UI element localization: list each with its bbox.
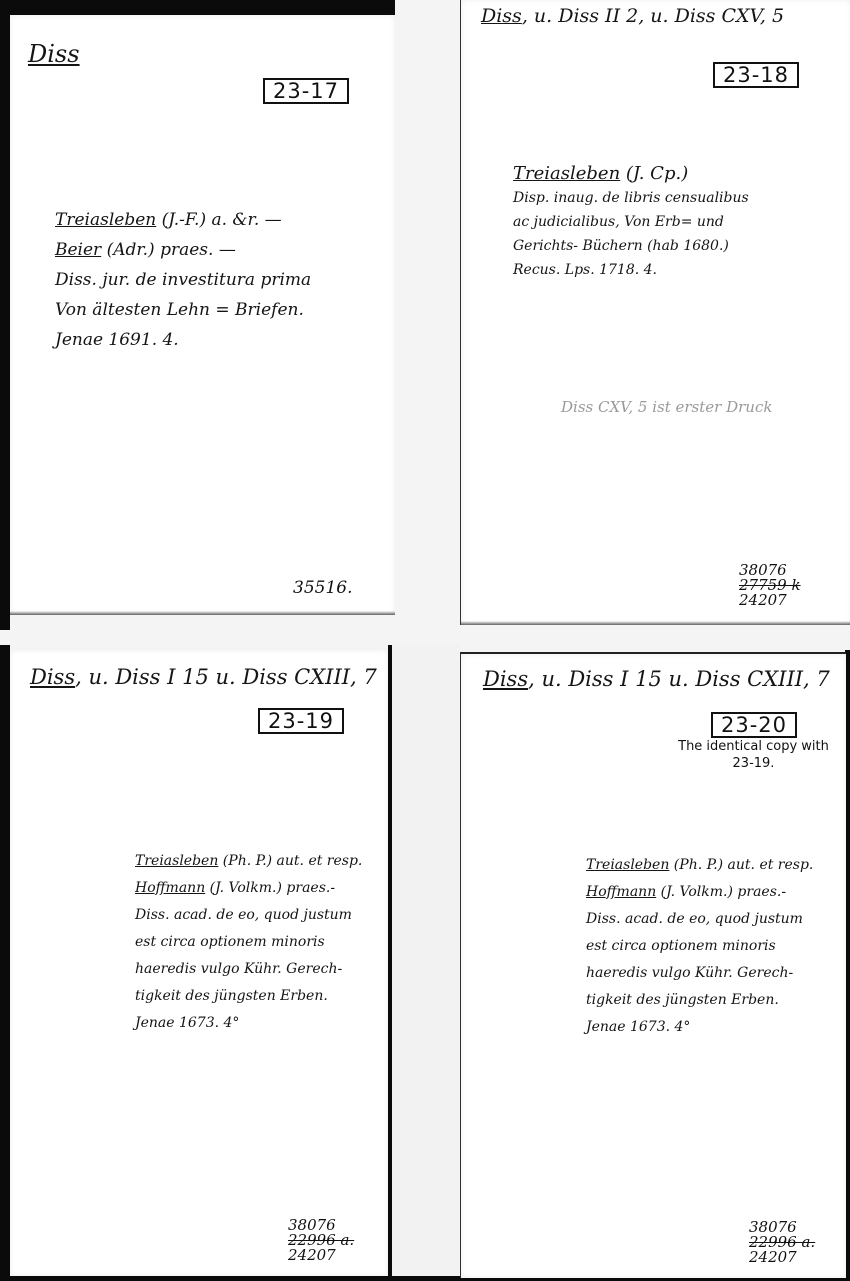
body-line: ac judicialibus, Von Erb= und xyxy=(513,210,749,234)
body-line: Treiasleben (Ph. P.) aut. et resp. xyxy=(135,848,362,875)
author-name: Treiasleben xyxy=(513,163,620,184)
catalog-card-23-19: Diss, u. Diss I 15 u. Diss CXIII, 7 23-1… xyxy=(10,650,388,1276)
body-line: Recus. Lps. 1718. 4. xyxy=(513,258,749,282)
header-part: , u. Diss II 2, u. Diss CXV, 5 xyxy=(522,5,784,27)
line-text: (J.-F.) a. &r. — xyxy=(156,210,281,230)
body-line: Diss. jur. de investitura prima xyxy=(55,265,311,295)
body-line: est circa optionem minoris xyxy=(135,929,362,956)
line-text: (J. Volkm.) praes.- xyxy=(656,884,786,900)
line-text: Disp. inaug. de libris censualibus xyxy=(513,190,749,206)
author-name: Treiasleben xyxy=(55,210,156,230)
card-header: Diss, u. Diss I 15 u. Diss CXIII, 7 xyxy=(483,667,830,691)
pencil-annotation: Diss CXV, 5 ist erster Druck xyxy=(561,398,772,416)
shelf-number: 24207 xyxy=(739,593,801,608)
body-line: Hoffmann (J. Volkm.) praes.- xyxy=(135,875,362,902)
card-number-box: 23-18 xyxy=(713,62,799,88)
line-text: haeredis vulgo Kühr. Gerech- xyxy=(135,961,342,977)
line-text: (J. Volkm.) praes.- xyxy=(205,880,335,896)
line-text: haeredis vulgo Kühr. Gerech- xyxy=(586,965,793,981)
body-line: Diss. acad. de eo, quod justum xyxy=(586,906,813,933)
shelf-number: 24207 xyxy=(288,1248,354,1263)
note-line: The identical copy with xyxy=(666,738,841,755)
shelf-numbers: 38076 22996 a. 24207 xyxy=(288,1218,354,1263)
praeses-name: Hoffmann xyxy=(586,884,656,900)
line-text: Jenae 1673. 4° xyxy=(586,1019,690,1035)
line-text: Diss. acad. de eo, quod justum xyxy=(586,911,803,927)
shelf-numbers: 35516. xyxy=(293,581,352,596)
shelf-number: 35516. xyxy=(293,581,352,596)
body-line: Beier (Adr.) praes. — xyxy=(55,235,311,265)
line-text: (J. Cp.) xyxy=(620,163,688,184)
body-line: Gerichts- Büchern (hab 1680.) xyxy=(513,234,749,258)
shelf-numbers: 38076 22996 a. 24207 xyxy=(749,1220,815,1265)
line-text: Von ältesten Lehn = Briefen. xyxy=(55,300,304,320)
line-text: est circa optionem minoris xyxy=(135,934,325,950)
author-name: Treiasleben xyxy=(135,853,218,869)
header-part: Diss xyxy=(30,665,75,689)
line-text: est circa optionem minoris xyxy=(586,938,776,954)
card-header: Diss, u. Diss I 15 u. Diss CXIII, 7 xyxy=(30,665,377,689)
card-body: Treiasleben (Ph. P.) aut. et resp. Hoffm… xyxy=(135,848,362,1037)
line-text: Diss. jur. de investitura prima xyxy=(55,270,311,290)
card-edge-shadow xyxy=(461,621,850,625)
body-line: Hoffmann (J. Volkm.) praes.- xyxy=(586,879,813,906)
card-body: Treiasleben (Ph. P.) aut. et resp. Hoffm… xyxy=(586,852,813,1041)
header-part: , u. Diss I 15 u. Diss CXIII, 7 xyxy=(75,665,377,689)
line-text: (Ph. P.) aut. et resp. xyxy=(669,857,813,873)
body-line: Treiasleben (J.-F.) a. &r. — xyxy=(55,205,311,235)
header-part: , u. Diss I 15 u. Diss CXIII, 7 xyxy=(528,667,830,691)
body-line: haeredis vulgo Kühr. Gerech- xyxy=(586,960,813,987)
header-part: Diss xyxy=(28,40,80,68)
catalog-card-23-17: Diss 23-17 Treiasleben (J.-F.) a. &r. — … xyxy=(10,15,395,615)
body-line: tigkeit des jüngsten Erben. xyxy=(586,987,813,1014)
body-line: Jenae 1673. 4° xyxy=(135,1010,362,1037)
body-line: haeredis vulgo Kühr. Gerech- xyxy=(135,956,362,983)
author-name: Treiasleben xyxy=(586,857,669,873)
body-line: est circa optionem minoris xyxy=(586,933,813,960)
line-text: Recus. Lps. 1718. 4. xyxy=(513,262,657,278)
card-number-box: 23-20 xyxy=(711,712,797,738)
line-text: Gerichts- Büchern (hab 1680.) xyxy=(513,238,729,254)
praeses-name: Beier xyxy=(55,240,101,260)
header-part: Diss xyxy=(483,667,528,691)
line-text: tigkeit des jüngsten Erben. xyxy=(586,992,779,1008)
scan-border-left xyxy=(0,0,10,630)
scan-border-middle xyxy=(388,645,460,1281)
body-line: Jenae 1673. 4° xyxy=(586,1014,813,1041)
copy-note: The identical copy with 23-19. xyxy=(666,738,841,772)
line-text: tigkeit des jüngsten Erben. xyxy=(135,988,328,1004)
scan-border-left-bottom xyxy=(0,645,10,1281)
body-line: Jenae 1691. 4. xyxy=(55,325,311,355)
catalog-card-23-18: Diss, u. Diss II 2, u. Diss CXV, 5 23-18… xyxy=(460,0,850,625)
line-text: (Ph. P.) aut. et resp. xyxy=(218,853,362,869)
body-line: Von ältesten Lehn = Briefen. xyxy=(55,295,311,325)
scan-border-mid-line-left xyxy=(388,645,392,1281)
line-text: Jenae 1691. 4. xyxy=(55,330,179,350)
line-text: ac judicialibus, Von Erb= und xyxy=(513,214,724,230)
body-line: Diss. acad. de eo, quod justum xyxy=(135,902,362,929)
body-line: Disp. inaug. de libris censualibus xyxy=(513,186,749,210)
card-header: Diss, u. Diss II 2, u. Diss CXV, 5 xyxy=(481,5,784,27)
praeses-name: Hoffmann xyxy=(135,880,205,896)
note-line: 23-19. xyxy=(666,755,841,772)
card-body: Treiasleben (J.-F.) a. &r. — Beier (Adr.… xyxy=(55,205,311,355)
body-line: Treiasleben (Ph. P.) aut. et resp. xyxy=(586,852,813,879)
card-edge-shadow xyxy=(10,611,395,615)
line-text: Jenae 1673. 4° xyxy=(135,1015,239,1031)
catalog-card-23-20: Diss, u. Diss I 15 u. Diss CXIII, 7 23-2… xyxy=(460,652,846,1278)
card-number-box: 23-17 xyxy=(263,78,349,104)
header-part: Diss xyxy=(481,5,522,27)
body-line: tigkeit des jüngsten Erben. xyxy=(135,983,362,1010)
line-text: Diss. acad. de eo, quod justum xyxy=(135,907,352,923)
body-line: Treiasleben (J. Cp.) xyxy=(513,162,749,186)
card-header: Diss xyxy=(28,40,80,68)
line-text: (Adr.) praes. — xyxy=(101,240,236,260)
card-body: Treiasleben (J. Cp.) Disp. inaug. de lib… xyxy=(513,162,749,282)
shelf-numbers: 38076 27759 k 24207 xyxy=(739,563,801,608)
shelf-number: 24207 xyxy=(749,1250,815,1265)
card-number-box: 23-19 xyxy=(258,708,344,734)
